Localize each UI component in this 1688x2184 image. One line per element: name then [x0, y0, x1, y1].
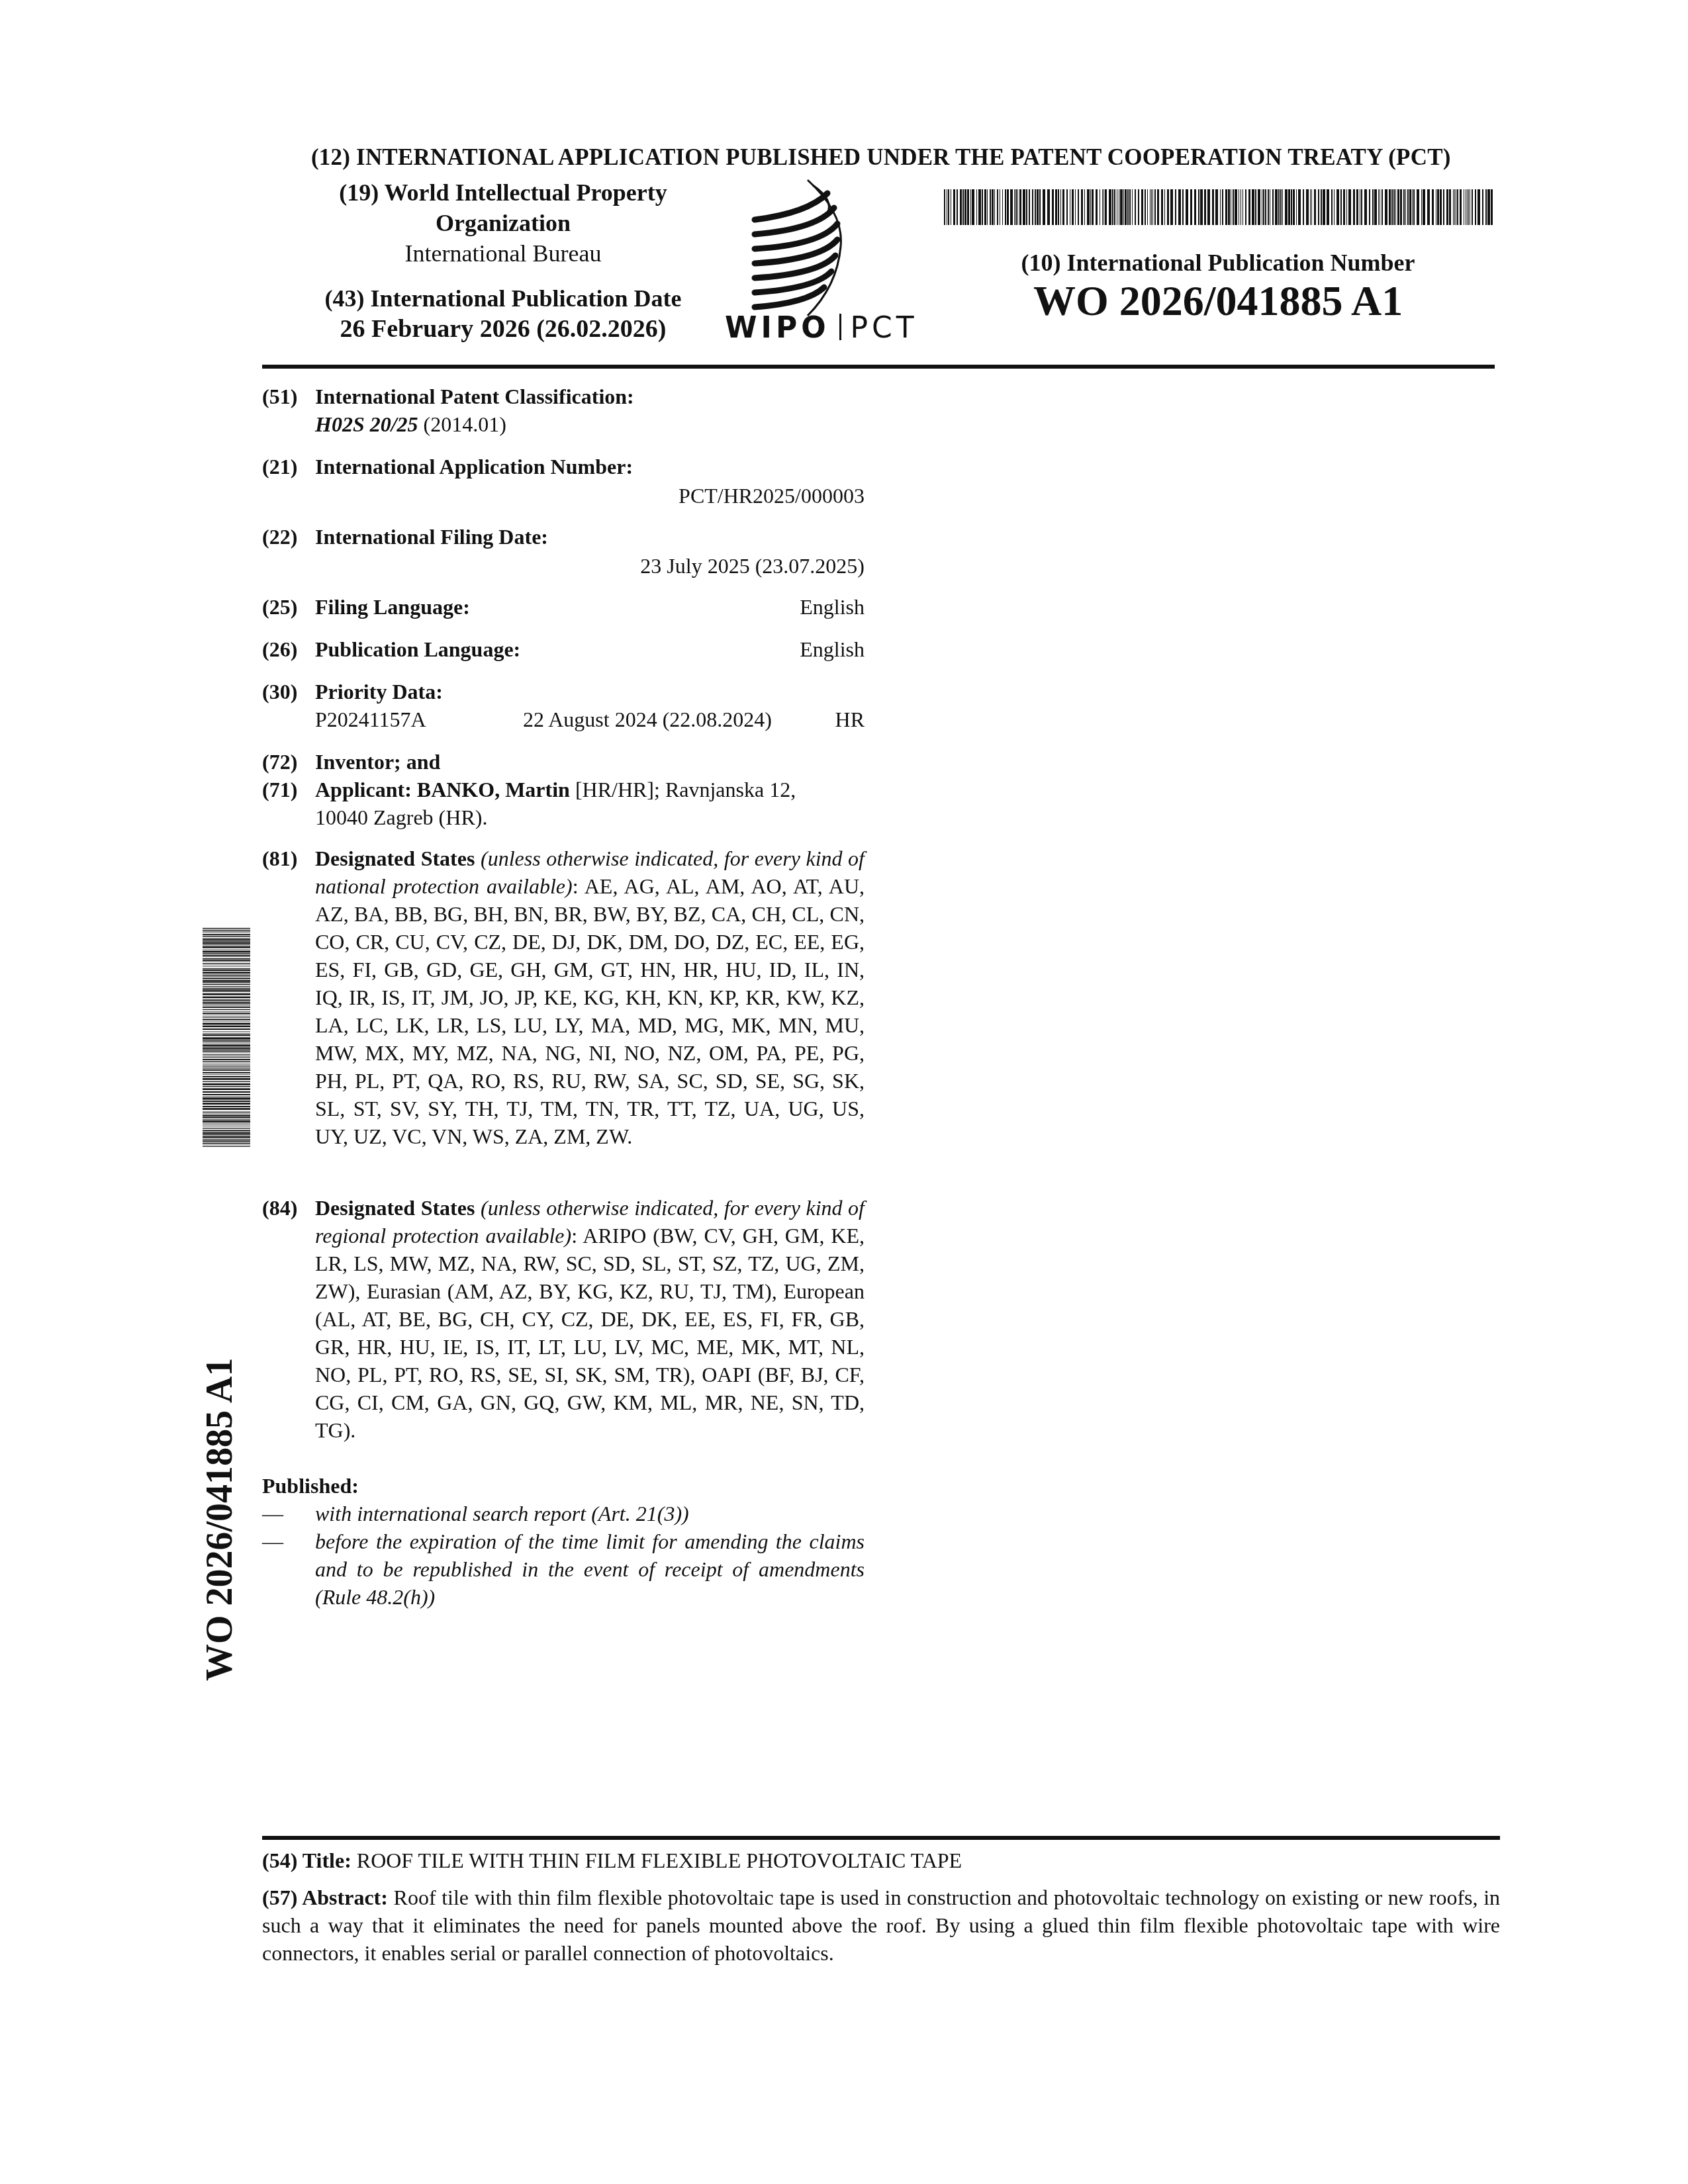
- applicant-inid: (71): [262, 776, 297, 803]
- issuing-organization: (19) World Intellectual Property Organiz…: [318, 177, 688, 269]
- filing-language-value: English: [800, 593, 865, 621]
- priority-data-field: (30) Priority Data: P20241157A 22 August…: [262, 678, 865, 733]
- filing-date-inid: (22): [262, 523, 297, 551]
- applicant-details: [HR/HR]; Ravnjanska 12,: [575, 778, 796, 801]
- application-number-field: (21) International Application Number: P…: [262, 453, 865, 508]
- published-section: Published: — with international search r…: [262, 1472, 865, 1611]
- states-regional-label: Designated States: [315, 1196, 475, 1220]
- applicant-address: 10040 Zagreb (HR).: [315, 805, 487, 829]
- title-field: (54) Title: ROOF TILE WITH THIN FILM FLE…: [262, 1846, 1500, 1874]
- published-title: Published:: [262, 1472, 865, 1500]
- publication-type-heading: (12) INTERNATIONAL APPLICATION PUBLISHED…: [311, 144, 1450, 171]
- org-bureau: International Bureau: [318, 238, 688, 269]
- abstract-field: (57) Abstract: Roof tile with thin film …: [262, 1884, 1500, 1967]
- priority-country: HR: [835, 705, 865, 733]
- pct-wordmark: PCT: [851, 311, 918, 345]
- dash-bullet: —: [262, 1527, 283, 1555]
- published-item: — before the expiration of the time limi…: [262, 1527, 865, 1611]
- dash-bullet: —: [262, 1500, 283, 1527]
- abstract-text: Roof tile with thin film flexible photov…: [262, 1886, 1500, 1965]
- applicant-label: Applicant:: [315, 778, 412, 801]
- vertical-barcode-icon: [203, 928, 250, 1148]
- states-regional-inid: (84): [262, 1194, 297, 1222]
- wipo-pct-wordmark: WIPOPCT: [725, 311, 918, 345]
- publication-language-label: Publication Language:: [315, 635, 520, 663]
- publication-date-value: 26 February 2026 (26.02.2026): [305, 314, 702, 344]
- application-number-value: PCT/HR2025/000003: [679, 482, 865, 510]
- title-label: (54) Title:: [262, 1848, 352, 1872]
- application-number-inid: (21): [262, 453, 297, 480]
- abstract-label: (57) Abstract:: [262, 1886, 388, 1909]
- filing-language-label: Filing Language:: [315, 593, 470, 621]
- barcode-icon: [944, 189, 1493, 225]
- org-name-line1: World Intellectual Property: [385, 179, 667, 206]
- priority-inid: (30): [262, 678, 297, 705]
- wordmark-separator: [839, 314, 841, 340]
- published-item: — with international search report (Art.…: [262, 1500, 865, 1527]
- publication-language-value: English: [800, 635, 865, 663]
- header-divider: [262, 365, 1495, 369]
- states-national-list: AE, AG, AL, AM, AO, AT, AU, AZ, BA, BB, …: [315, 874, 865, 1148]
- publication-number-label: (10) International Publication Number: [966, 249, 1470, 277]
- published-item-text: with international search report (Art. 2…: [315, 1502, 689, 1525]
- publication-date-block: (43) International Publication Date 26 F…: [305, 283, 702, 344]
- side-publication-number: WO 2026/041885 A1: [199, 1358, 241, 1681]
- org-name-line2: Organization: [318, 208, 688, 238]
- designated-states-national: (81) Designated States (unless otherwise…: [262, 844, 865, 1175]
- states-regional-list: ARIPO (BW, CV, GH, GM, KE, LR, LS, MW, M…: [315, 1224, 865, 1442]
- ipc-version: (2014.01): [424, 412, 506, 436]
- wipo-wordmark: WIPO: [725, 311, 830, 345]
- inventor-inid: (72): [262, 748, 297, 776]
- ipc-field: (51) International Patent Classification…: [262, 383, 865, 438]
- inventor-label: Inventor; and: [315, 748, 440, 776]
- publication-date-label: (43) International Publication Date: [305, 283, 702, 314]
- inventor-applicant-field: (72) Inventor; and (71) Applicant: BANKO…: [262, 748, 865, 831]
- publication-language-field: (26) Publication Language: English: [262, 635, 865, 663]
- priority-number: P20241157A: [315, 705, 426, 733]
- filing-language-inid: (25): [262, 593, 297, 621]
- application-number-label: International Application Number:: [315, 453, 633, 480]
- filing-date-field: (22) International Filing Date: 23 July …: [262, 523, 865, 578]
- filing-date-value: 23 July 2025 (23.07.2025): [640, 552, 865, 580]
- publication-language-inid: (26): [262, 635, 297, 663]
- states-national-inid: (81): [262, 844, 297, 872]
- ipc-label: International Patent Classification:: [315, 383, 634, 410]
- designated-states-regional: (84) Designated States (unless otherwise…: [262, 1194, 865, 1445]
- published-item-text: before the expiration of the time limit …: [315, 1529, 865, 1609]
- priority-date: 22 August 2024 (22.08.2024): [523, 705, 772, 733]
- filing-language-field: (25) Filing Language: English: [262, 593, 865, 621]
- states-national-label: Designated States: [315, 846, 475, 870]
- filing-date-label: International Filing Date:: [315, 523, 548, 551]
- title-text: ROOF TILE WITH THIN FILM FLEXIBLE PHOTOV…: [357, 1848, 962, 1872]
- ipc-inid: (51): [262, 383, 297, 410]
- publication-number: WO 2026/041885 A1: [966, 277, 1470, 326]
- applicant-name: BANKO, Martin: [417, 778, 570, 801]
- ipc-code: H02S 20/25: [315, 412, 418, 436]
- priority-label: Priority Data:: [315, 678, 443, 705]
- abstract-divider: [262, 1836, 1500, 1840]
- org-inid: (19): [339, 179, 379, 206]
